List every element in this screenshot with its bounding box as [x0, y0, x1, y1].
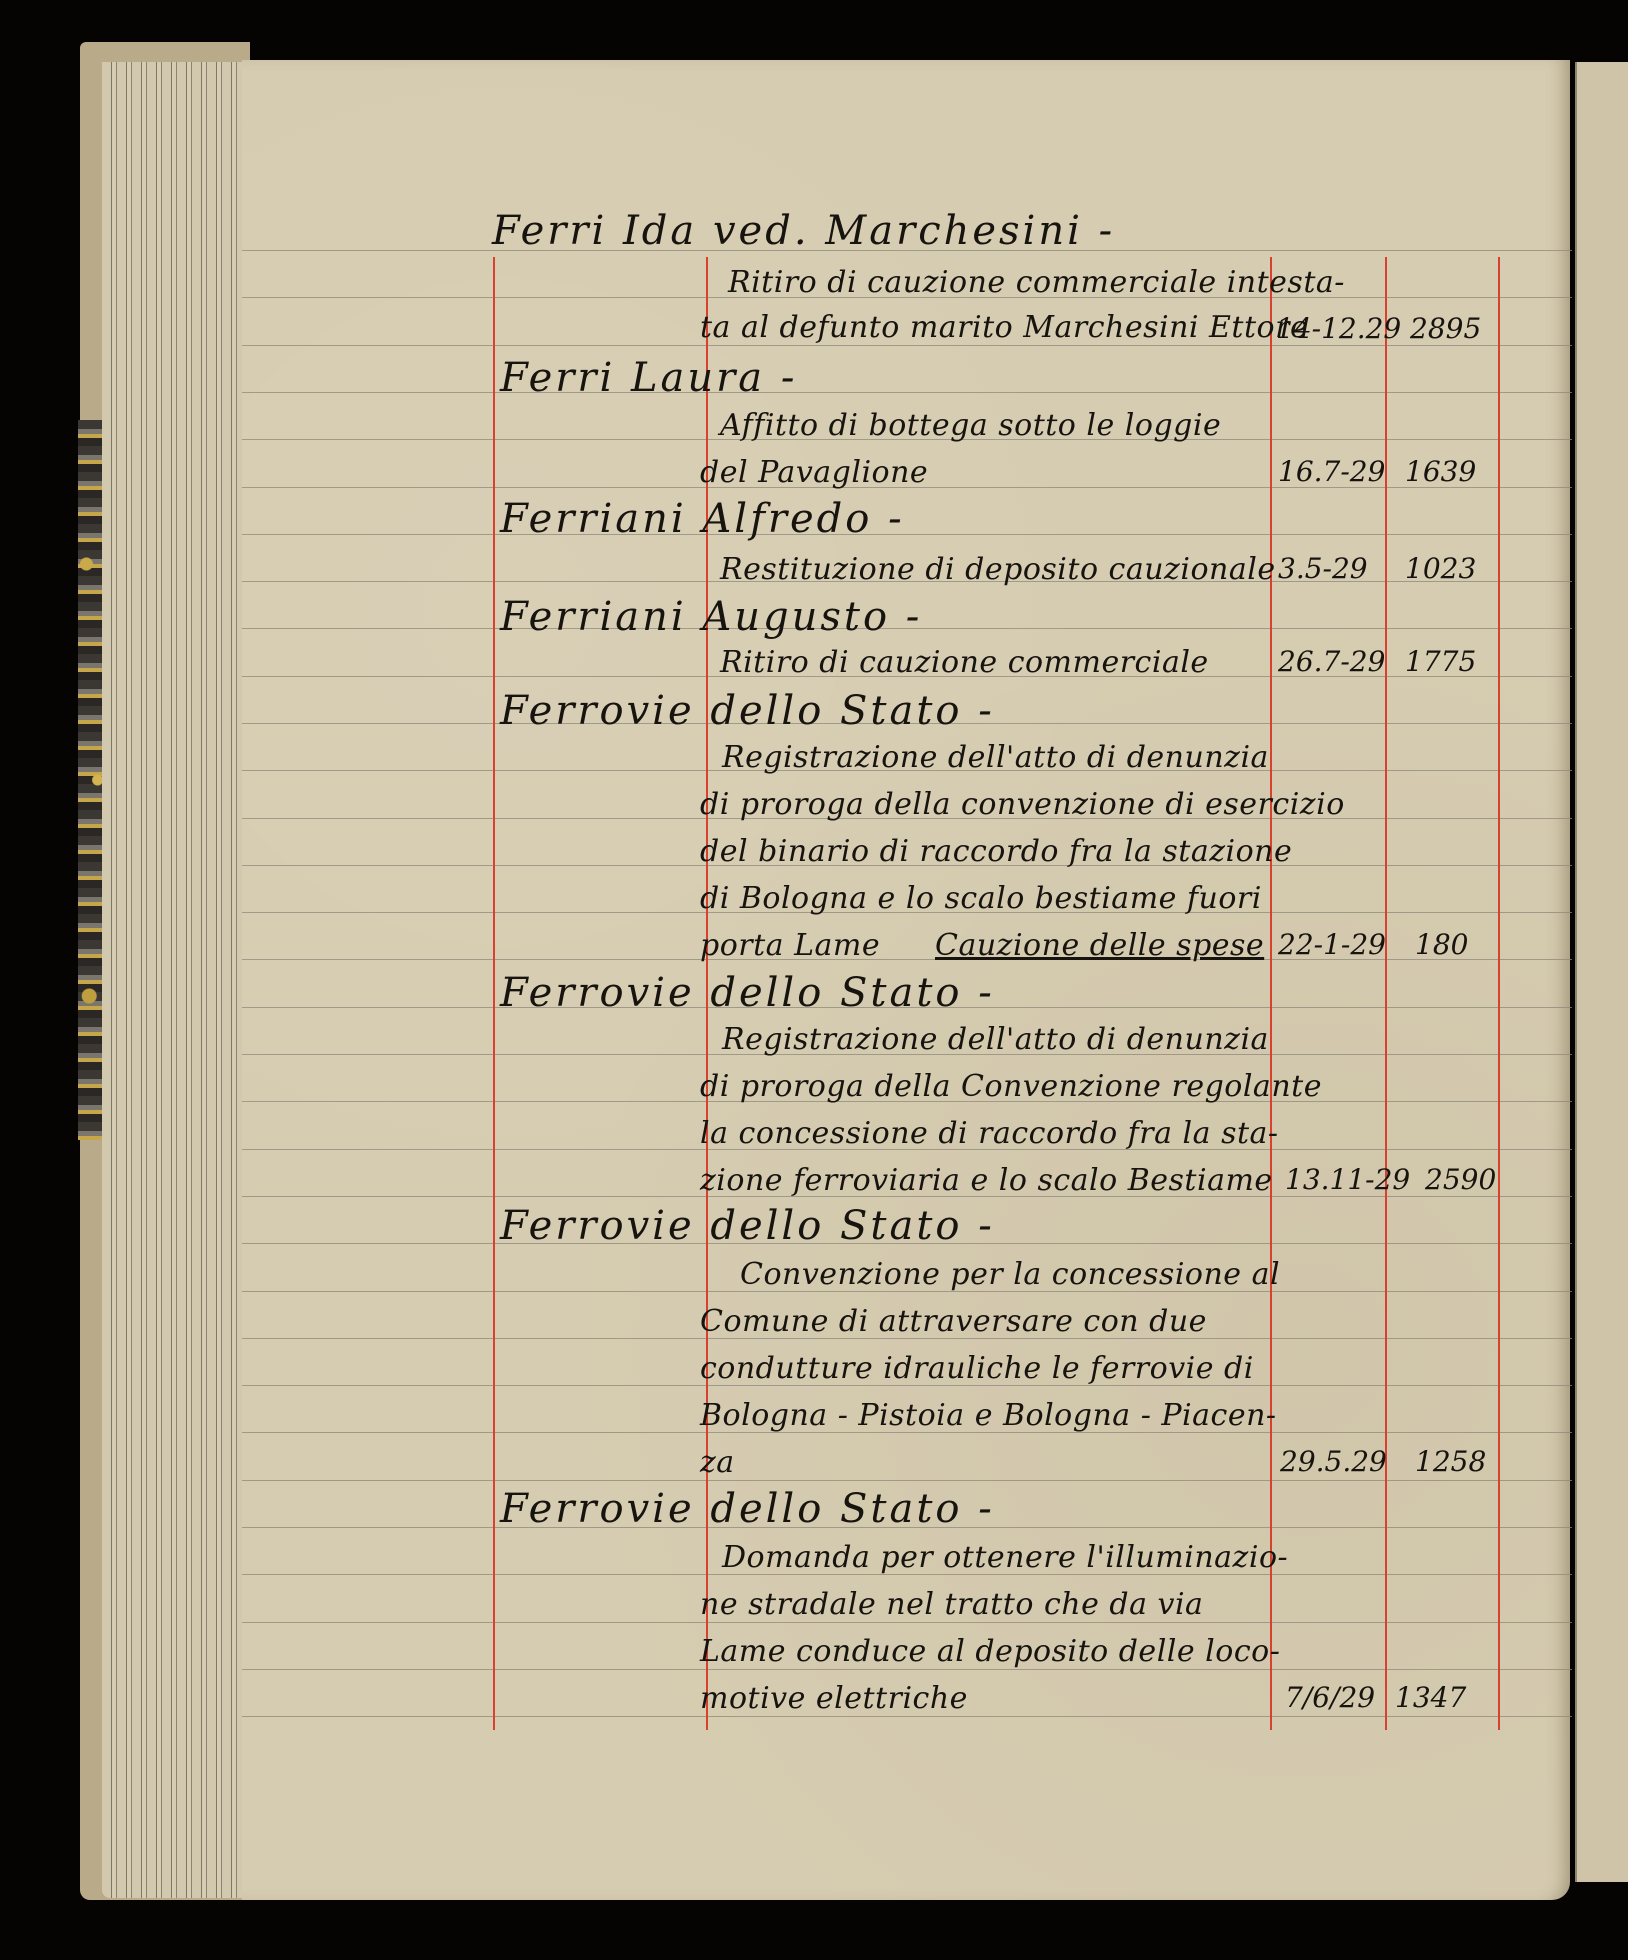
ruled-line: [242, 1480, 1572, 1481]
ruled-line: [242, 392, 1572, 393]
entry-description-line: di proroga della convenzione di esercizi…: [700, 787, 1345, 822]
entry-number: 2895: [1410, 312, 1481, 345]
entry-description-line: zione ferroviaria e lo scalo Bestiame: [700, 1163, 1273, 1198]
entry-description-underlined: Cauzione delle spese: [935, 928, 1264, 963]
entry-name: Ferriani Alfredo -: [500, 496, 905, 542]
red-rule-margin: [493, 257, 495, 1730]
entry-name: Ferri Ida ved. Marchesini -: [492, 208, 1115, 254]
entry-date: 7/6/29: [1285, 1681, 1375, 1714]
entry-number: 1347: [1395, 1681, 1466, 1714]
ruled-line: [242, 534, 1572, 535]
entry-description-line: Convenzione per la concessione al: [740, 1257, 1280, 1292]
entry-date: 14-12.29: [1276, 312, 1401, 345]
entry-number: 1639: [1405, 455, 1476, 488]
entry-description-line: Bologna - Pistoia e Bologna - Piacen-: [700, 1398, 1277, 1433]
entry-description-line: ta al defunto marito Marchesini Ettore: [700, 310, 1308, 345]
entry-description-line: Restituzione di deposito cauzionale: [720, 552, 1276, 587]
entry-number: 1775: [1405, 645, 1476, 678]
entry-date: 29.5.29: [1280, 1445, 1387, 1478]
entry-number: 180: [1415, 928, 1468, 961]
entry-name: Ferrovie dello Stato -: [500, 970, 995, 1016]
entry-description-line: Domanda per ottenere l'illuminazio-: [722, 1540, 1288, 1575]
entry-description-line: di Bologna e lo scalo bestiame fuori: [700, 881, 1262, 916]
entry-description-line: motive elettriche: [700, 1681, 968, 1716]
entry-description-line: ne stradale nel tratto che da via: [700, 1587, 1203, 1622]
entry-description-line: del Pavaglione: [700, 455, 928, 490]
entry-description-line: porta Lame: [700, 928, 880, 963]
entry-description-line: Registrazione dell'atto di denunzia: [722, 1022, 1269, 1057]
entry-description-line: Registrazione dell'atto di denunzia: [722, 740, 1269, 775]
red-rule-date: [1270, 257, 1272, 1730]
entry-description-line: za: [700, 1445, 735, 1480]
entry-name: Ferriani Augusto -: [500, 594, 922, 640]
entry-number: 1258: [1415, 1445, 1486, 1478]
facing-page-edge: [1575, 62, 1628, 1882]
ruled-line: [242, 1622, 1572, 1623]
entry-description-line: condutture idrauliche le ferrovie di: [700, 1351, 1254, 1386]
entry-date: 3.5-29: [1278, 552, 1368, 585]
entry-number: 2590: [1425, 1163, 1496, 1196]
page-stack-edges: [102, 62, 242, 1898]
ruled-line: [242, 1669, 1572, 1670]
entry-name: Ferrovie dello Stato -: [500, 1203, 995, 1249]
entry-description-line: Ritiro di cauzione commerciale: [720, 645, 1209, 680]
entry-date: 26.7-29: [1278, 645, 1385, 678]
entry-date: 16.7-29: [1278, 455, 1385, 488]
entry-description-line: Ritiro di cauzione commerciale intesta-: [728, 265, 1345, 300]
entry-name: Ferrovie dello Stato -: [500, 1486, 995, 1532]
entry-description-line: la concessione di raccordo fra la sta-: [700, 1116, 1279, 1151]
entry-description-line: Affitto di bottega sotto le loggie: [720, 408, 1221, 443]
entry-description-line: Comune di attraversare con due: [700, 1304, 1207, 1339]
entry-name: Ferrovie dello Stato -: [500, 688, 995, 734]
entry-date: 22-1-29: [1278, 928, 1386, 961]
entry-date: 13.11-29: [1285, 1163, 1410, 1196]
red-rule-right: [1498, 257, 1500, 1730]
entry-description-line: del binario di raccordo fra la stazione: [700, 834, 1292, 869]
entry-name: Ferri Laura -: [500, 355, 797, 401]
entry-description-line: di proroga della Convenzione regolante: [700, 1069, 1322, 1104]
ruled-line: [242, 1716, 1572, 1717]
entry-number: 1023: [1405, 552, 1476, 585]
ruled-line: [242, 345, 1572, 346]
entry-description-line: Lame conduce al deposito delle loco-: [700, 1634, 1280, 1669]
